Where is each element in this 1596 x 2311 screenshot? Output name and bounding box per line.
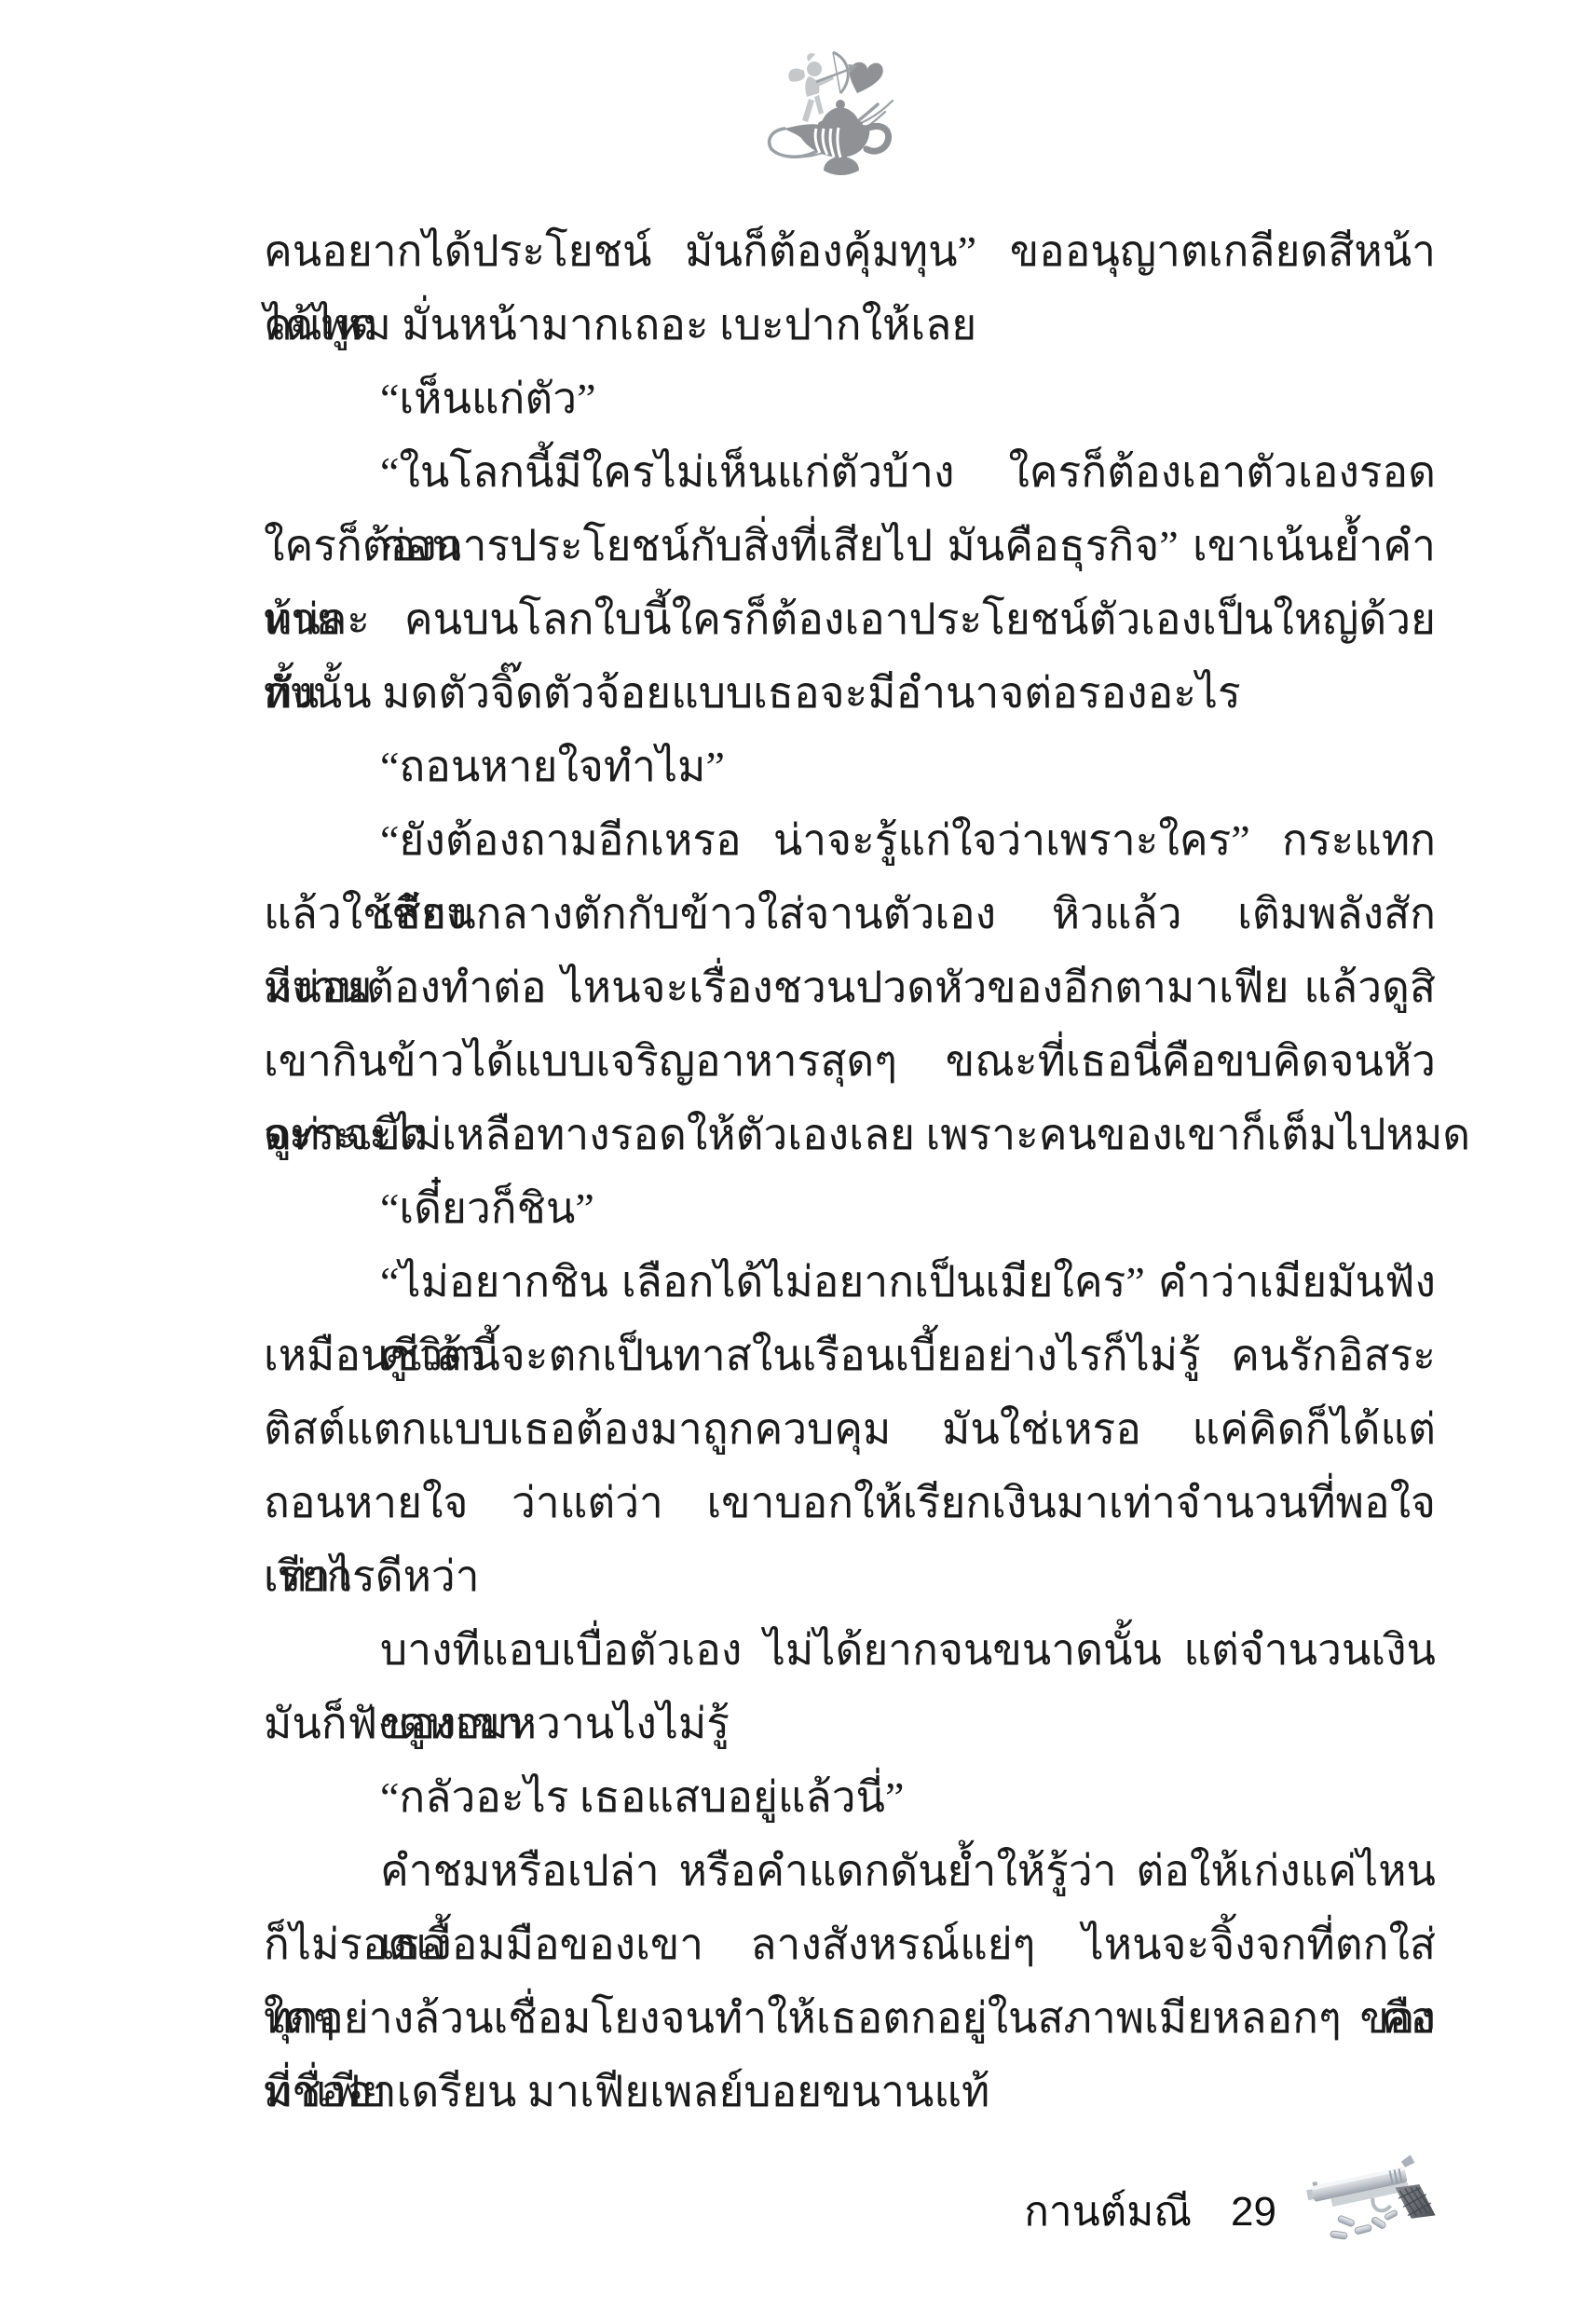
pistol-with-bullets-icon [1303, 2145, 1450, 2249]
text-line: ได้ไหม มั่นหน้ามากเถอะ เบะปากให้เลย [264, 288, 1436, 362]
footer-ornament [1303, 2145, 1450, 2249]
text-line: ใครก็ต้องการประโยชน์กับสิ่งที่เสียไป มัน… [264, 509, 1436, 582]
genie-lamp-cupid-heart-icon [762, 39, 922, 186]
page-body-text: คนอยากได้ประโยชน์ มันก็ต้องคุ้มทุน” ขออน… [264, 214, 1436, 2128]
text-line: ทั้งนั้น มดตัวจิ๊ดตัวจ้อยแบบเธอจะมีอำนาจ… [264, 656, 1436, 730]
text-line: “กลัวอะไร เธอแสบอยู่แล้วนี่” [264, 1760, 1436, 1834]
text-line: ก็ไม่รอดเงื้อมมือของเขา ลางสังหรณ์แย่ๆ ไ… [264, 1908, 1436, 1981]
text-line: “ในโลกนี้มีใครไม่เห็นแก่ตัวบ้าง ใครก็ต้อ… [264, 435, 1436, 509]
header-ornament [762, 39, 922, 186]
text-line: เหมือนชีวิตนี้จะตกเป็นทาสในเรือนเบี้ยอย่… [264, 1319, 1436, 1392]
text-line: เขากินข้าวได้แบบเจริญอาหารสุดๆ ขณะที่เธอ… [264, 1024, 1436, 1098]
text-line: มันก็ฟังดูหอมหวานไงไม่รู้ [264, 1687, 1436, 1760]
text-line: “ยังต้องถามอีกเหรอ น่าจะรู้แก่ใจว่าเพราะ… [264, 803, 1436, 877]
text-line: ทุกอย่างล้วนเชื่อมโยงจนทำให้เธอตกอยู่ในส… [264, 1981, 1436, 2055]
text-line: “เห็นแก่ตัว” [264, 362, 1436, 435]
text-line: ดูท่าจะไม่เหลือทางรอดให้ตัวเองเลย เพราะค… [264, 1098, 1436, 1171]
text-line: เท่าไรดีหว่า [264, 1539, 1436, 1613]
text-line: คนอยากได้ประโยชน์ มันก็ต้องคุ้มทุน” ขออน… [264, 214, 1436, 288]
page-footer: กานต์มณี29 [0, 2179, 1276, 2244]
text-line: ติสต์แตกแบบเธอต้องมาถูกควบคุม มันใช่เหรอ… [264, 1392, 1436, 1466]
text-line: “ไม่อยากชิน เลือกได้ไม่อยากเป็นเมียใคร” … [264, 1245, 1436, 1319]
text-line: มีงานต้องทำต่อ ไหนจะเรื่องชวนปวดหัวของอี… [264, 950, 1436, 1024]
text-line: ถอนหายใจ ว่าแต่ว่า เขาบอกให้เรียกเงินมาเ… [264, 1466, 1436, 1539]
text-line: แล้วใช้ช้อนกลางตักกับข้าวใส่จานตัวเอง หิ… [264, 877, 1436, 950]
text-line: ที่ชื่ออาเดรียน มาเฟียเพลย์บอยขนานแท้ [264, 2055, 1436, 2128]
text-line: บางทีแอบเบื่อตัวเอง ไม่ได้ยากจนขนาดนั้น … [264, 1613, 1436, 1687]
book-page: คนอยากได้ประโยชน์ มันก็ต้องคุ้มทุน” ขออน… [0, 0, 1596, 2311]
text-line: คำชมหรือเปล่า หรือคำแดกดันย้ำให้รู้ว่า ต… [264, 1834, 1436, 1908]
text-line: “ถอนหายใจทำไม” [264, 730, 1436, 803]
text-line: “เดี๋ยวก็ชิน” [264, 1171, 1436, 1245]
page-number: 29 [1231, 2189, 1276, 2235]
text-line: แน่ละ คนบนโลกใบนี้ใครก็ต้องเอาประโยชน์ตั… [264, 582, 1436, 656]
running-title: กานต์มณี [1024, 2189, 1192, 2235]
